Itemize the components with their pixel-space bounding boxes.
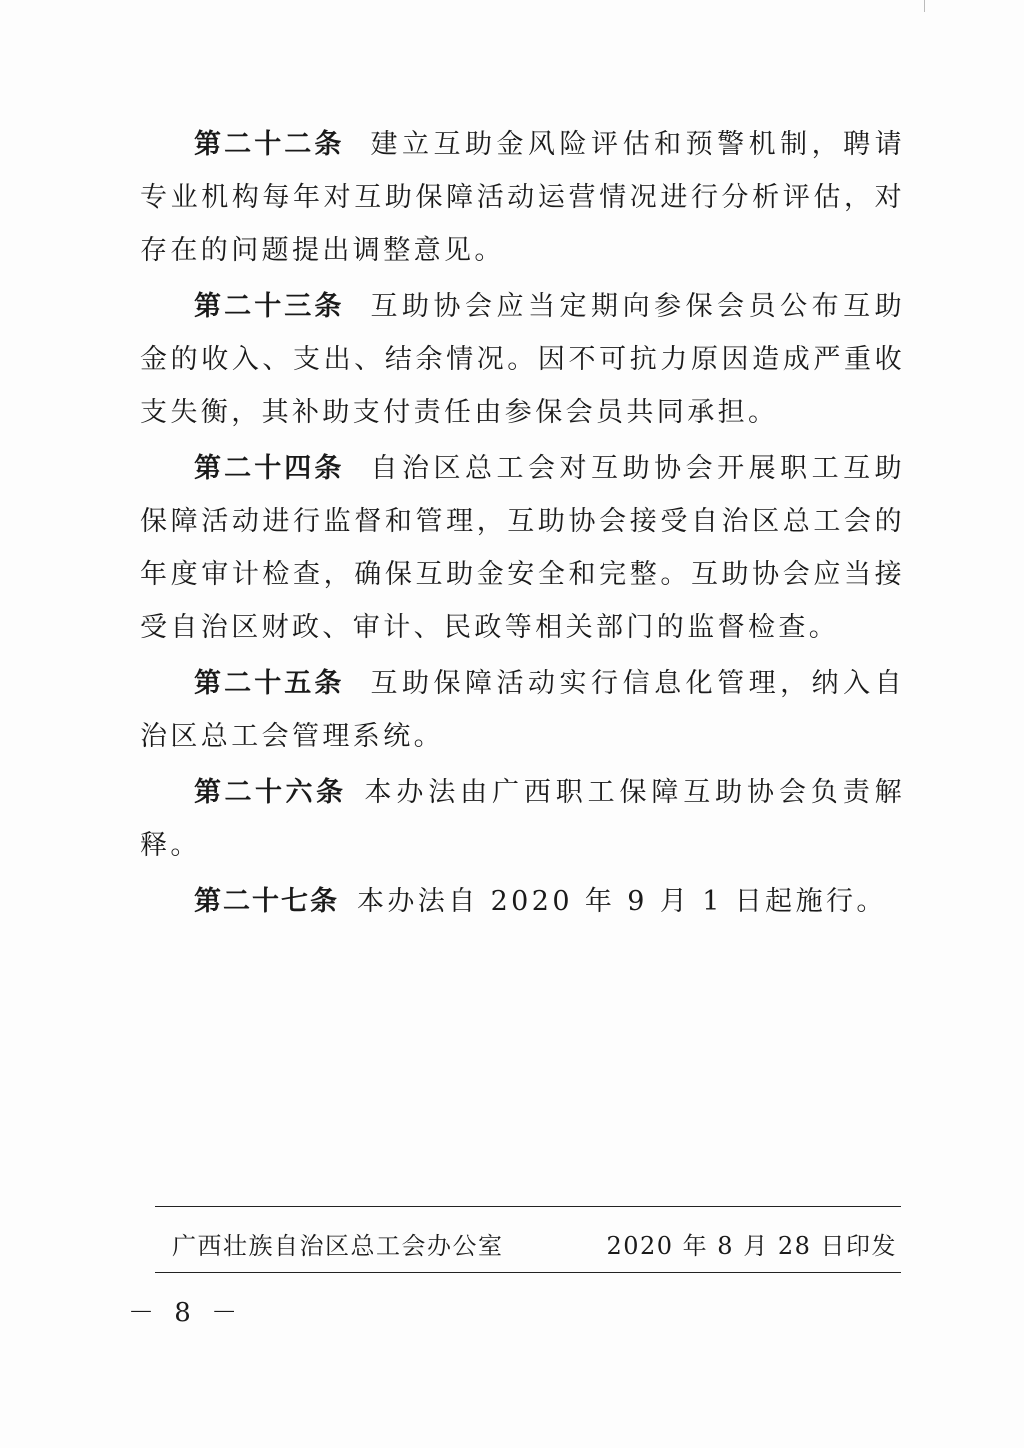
article-27: 第二十七条本办法自 2020 年 9 月 1 日起施行。 <box>140 875 905 928</box>
colophon-top-rule <box>155 1206 901 1207</box>
article-text: 本办法自 2020 年 9 月 1 日起施行。 <box>357 886 887 917</box>
article-number: 第二十三条 <box>194 291 345 322</box>
article-25: 第二十五条互助保障活动实行信息化管理，纳入自治区总工会管理系统。 <box>140 657 905 763</box>
article-number: 第二十六条 <box>194 777 346 808</box>
article-22: 第二十二条建立互助金风险评估和预警机制，聘请专业机构每年对互助保障活动运营情况进… <box>140 118 905 277</box>
issuer-name: 广西壮族自治区总工会办公室 <box>172 1226 504 1261</box>
article-list: 第二十二条建立互助金风险评估和预警机制，聘请专业机构每年对互助保障活动运营情况进… <box>140 118 905 931</box>
article-number: 第二十四条 <box>194 453 345 484</box>
issue-date: 2020 年 8 月 28 日印发 <box>606 1226 897 1261</box>
document-page: 第二十二条建立互助金风险评估和预警机制，聘请专业机构每年对互助保障活动运营情况进… <box>0 0 1024 1448</box>
article-24: 第二十四条自治区总工会对互助协会开展职工互助保障活动进行监督和管理，互助协会接受… <box>140 442 905 654</box>
page-number: － 8 － <box>128 1292 243 1329</box>
colophon-bottom-rule <box>155 1272 901 1273</box>
article-number: 第二十二条 <box>194 129 345 160</box>
article-26: 第二十六条本办法由广西职工保障互助协会负责解释。 <box>140 766 905 872</box>
article-number: 第二十五条 <box>194 668 345 699</box>
article-number: 第二十七条 <box>194 886 339 917</box>
article-23: 第二十三条互助协会应当定期向参保会员公布互助金的收入、支出、结余情况。因不可抗力… <box>140 280 905 439</box>
colophon: 广西壮族自治区总工会办公室 2020 年 8 月 28 日印发 <box>172 1226 897 1261</box>
scan-mark <box>924 0 925 12</box>
